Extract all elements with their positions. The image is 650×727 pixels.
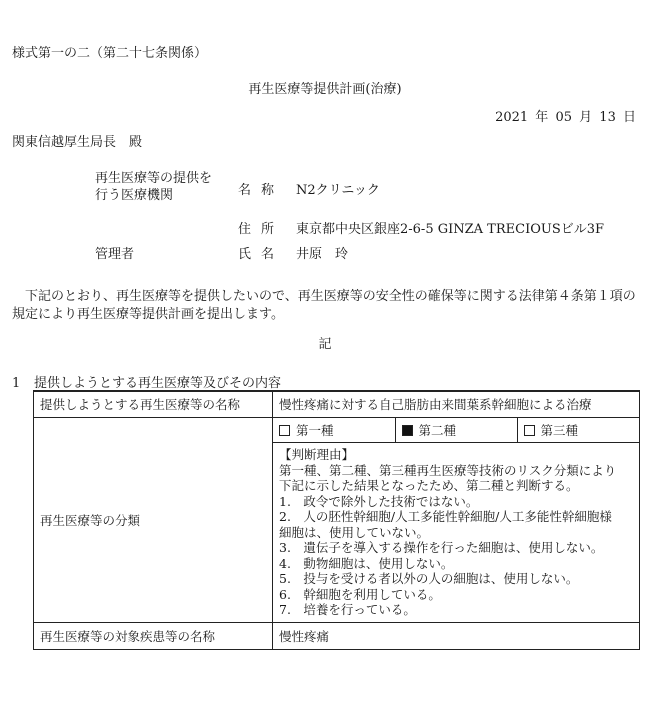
reason-line: 6. 幹細胞を利用している。 [279, 587, 633, 603]
checkbox-unchecked-icon [279, 425, 290, 436]
option-type-3: 第三種 [517, 418, 639, 442]
reason-line: 第一種、第二種、第三種再生医療等技術のリスク分類により [279, 463, 633, 479]
option-type-1-label: 第一種 [296, 423, 334, 438]
date-day: 13 [599, 110, 616, 125]
reason-line: 2. 人の胚性幹細胞/人工多能性幹細胞/人工多能性幹細胞様 [279, 509, 633, 525]
submission-date: 2021 年 05 月 13 日 [495, 106, 636, 125]
table-row: 再生医療等の対象疾患等の名称 慢性疼痛 [34, 622, 640, 649]
section-title: 提供しようとする再生医療等及びその内容 [34, 372, 640, 392]
reason-line: 7. 培養を行っている。 [279, 602, 633, 618]
row-label-classification: 再生医療等の分類 [34, 418, 273, 623]
manager-name: 井原 玲 [296, 243, 348, 262]
option-type-1: 第一種 [273, 418, 395, 442]
institution-label-line2: 行う医療機関 [95, 187, 212, 204]
institution-label-line1: 再生医療等の提供を [95, 170, 212, 187]
date-month-unit: 月 [579, 110, 592, 125]
reason-line: 細胞は、使用していない。 [279, 525, 633, 541]
date-year: 2021 [495, 110, 528, 125]
intro-paragraph: 下記のとおり、再生医療等を提供したいので、再生医療等の安全性の確保等に関する法律… [12, 288, 637, 324]
reason-line: 3. 遺伝子を導入する操作を行った細胞は、使用しない。 [279, 540, 633, 556]
reason-line: 下記に示した結果となったため、第二種と判断する。 [279, 478, 633, 494]
classification-options: 第一種 第二種 第三種 [273, 418, 640, 443]
reason-line: 1. 政令で除外した技術ではない。 [279, 494, 633, 510]
manager-label: 管理者 [95, 243, 134, 262]
row-label-treatment-name: 提供しようとする再生医療等の名称 [34, 391, 273, 418]
table-row: 提供しようとする再生医療等の名称 慢性疼痛に対する自己脂肪由来間葉系幹細胞による… [34, 391, 640, 418]
reason-line: 5. 投与を受ける者以外の人の細胞は、使用しない。 [279, 571, 633, 587]
checkbox-unchecked-icon [524, 425, 535, 436]
institution-label: 再生医療等の提供を 行う医療機関 [95, 170, 212, 204]
classification-reason: 【判断理由】 第一種、第二種、第三種再生医療等技術のリスク分類により 下記に示し… [273, 443, 640, 623]
manager-key: 氏名 [238, 243, 284, 262]
name-key: 名称 [238, 179, 284, 198]
option-type-2: 第二種 [395, 418, 517, 442]
clinic-name: N2クリニック [296, 179, 380, 198]
target-disease: 慢性疼痛 [273, 622, 640, 649]
clinic-address: 東京都中央区銀座2-6-5 GINZA TRECIOUSビル3F [296, 218, 604, 237]
section-number: 1 [12, 376, 34, 391]
date-day-unit: 日 [623, 110, 636, 125]
section-1-heading: 1提供しようとする再生医療等及びその内容 [12, 372, 640, 392]
reason-line: 4. 動物細胞は、使用しない。 [279, 556, 633, 572]
document-title: 再生医療等提供計画(治療) [0, 78, 650, 97]
reason-heading: 【判断理由】 [279, 447, 633, 463]
table-row: 再生医療等の分類 第一種 第二種 第三種 [34, 418, 640, 443]
ki-heading: 記 [0, 333, 650, 352]
checkbox-checked-icon [402, 425, 413, 436]
option-type-3-label: 第三種 [541, 423, 579, 438]
option-type-2-label: 第二種 [419, 423, 457, 438]
date-year-unit: 年 [535, 110, 548, 125]
addressee: 関東信越厚生局長 殿 [12, 131, 142, 150]
treatment-name: 慢性疼痛に対する自己脂肪由来間葉系幹細胞による治療 [273, 391, 640, 418]
form-label: 様式第一の二（第二十七条関係） [12, 42, 207, 61]
address-key: 住所 [238, 218, 284, 237]
date-month: 05 [555, 110, 572, 125]
row-label-target-disease: 再生医療等の対象疾患等の名称 [34, 622, 273, 649]
treatment-table: 提供しようとする再生医療等の名称 慢性疼痛に対する自己脂肪由来間葉系幹細胞による… [33, 390, 640, 650]
